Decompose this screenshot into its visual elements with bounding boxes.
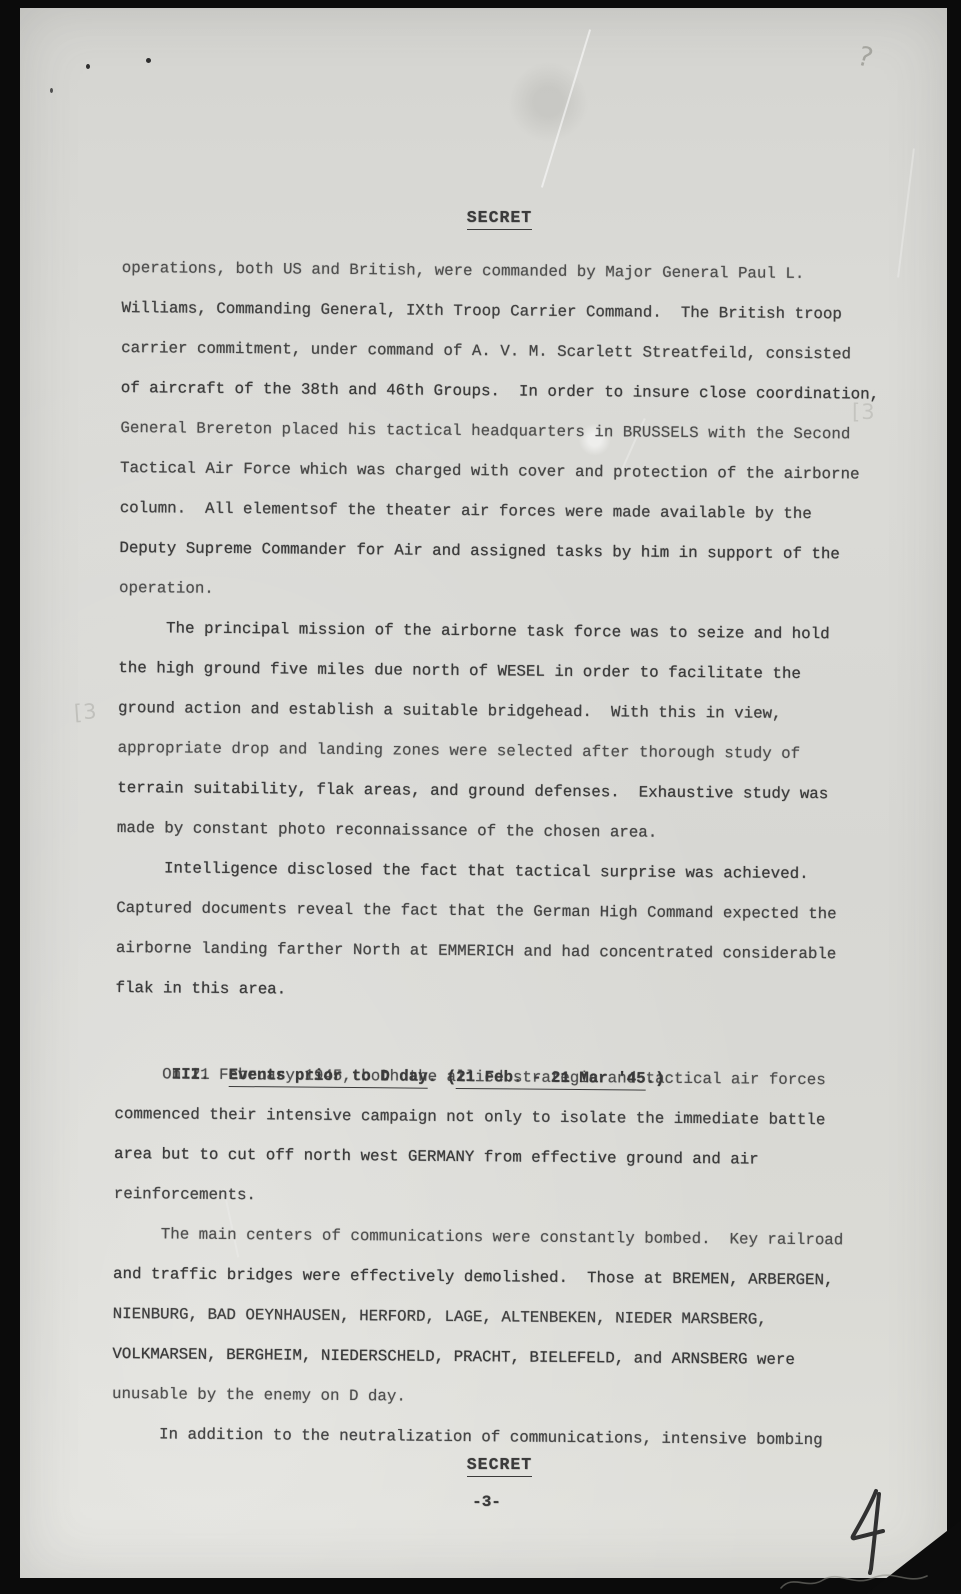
faint-handwriting-scribble	[775, 1570, 935, 1592]
page-number: -3-	[23, 1493, 950, 1511]
text-line: unusable by the enemy on D day.	[112, 1374, 912, 1421]
text-line: the high ground five miles due north of …	[118, 648, 918, 695]
text-line: reinforcements.	[114, 1174, 914, 1221]
text-line: On 21 February 1945, both the allied str…	[115, 1054, 915, 1101]
stamp-mark-left-margin: [3	[73, 699, 98, 725]
ink-dot	[50, 88, 53, 93]
text-line: Intelligence disclosed the fact that tac…	[116, 848, 916, 895]
classification-banner-top: SECRET	[36, 208, 961, 227]
pencil-question-mark: ?	[854, 41, 876, 75]
ink-dot	[146, 58, 151, 63]
text-line: ground action and establish a suitable b…	[118, 688, 918, 735]
text-line: In addition to the neutralization of com…	[111, 1414, 911, 1461]
document-page: ? [3 [3 SECRET operations, both US and B…	[20, 8, 947, 1578]
body-text: operations, both US and British, were co…	[111, 248, 921, 1461]
text-line: airborne landing farther North at EMMERI…	[116, 928, 916, 975]
text-line: General Brereton placed his tactical hea…	[120, 408, 920, 455]
text-line: Williams, Commanding General, IXth Troop…	[121, 288, 921, 335]
text-line: appropriate drop and landing zones were …	[117, 728, 917, 775]
classification-banner-bottom: SECRET	[36, 1455, 961, 1474]
text-line: The main centers of communications were …	[113, 1214, 913, 1261]
classification-label: SECRET	[467, 1455, 532, 1477]
text-line: made by constant photo reconnaissance of…	[117, 808, 917, 855]
text-line: operation.	[119, 568, 919, 615]
text-line: VOLKMARSEN, BERGHEIM, NIEDERSCHELD, PRAC…	[112, 1334, 912, 1381]
scratch-mark	[541, 29, 591, 187]
text-line: operations, both US and British, were co…	[122, 248, 922, 295]
section-heading: III. Events prior to D day. (21 Feb. - 2…	[115, 1014, 915, 1061]
text-line: carrier commitment, under command of A. …	[121, 328, 921, 375]
text-line: commenced their intensive campaign not o…	[114, 1094, 914, 1141]
text-line: flak in this area.	[115, 968, 915, 1015]
text-line: The principal mission of the airborne ta…	[119, 608, 919, 655]
text-line: Tactical Air Force which was charged wit…	[120, 448, 920, 495]
text-line: terrain suitability, flak areas, and gro…	[117, 768, 917, 815]
text-line: and traffic bridges were effectively dem…	[113, 1254, 913, 1301]
ink-dot	[86, 64, 90, 69]
text-line: Captured documents reveal the fact that …	[116, 888, 916, 935]
text-line: NIENBURG, BAD OEYNHAUSEN, HERFORD, LAGE,…	[113, 1294, 913, 1341]
scan-background: { "page": { "classification_top": "SECRE…	[0, 0, 961, 1594]
text-line: column. All elementsof the theater air f…	[120, 488, 920, 535]
text-line: Deputy Supreme Commander for Air and ass…	[119, 528, 919, 575]
text-line: of aircraft of the 38th and 46th Groups.…	[121, 368, 921, 415]
text-line: area but to cut off north west GERMANY f…	[114, 1134, 914, 1181]
classification-label: SECRET	[467, 208, 532, 230]
